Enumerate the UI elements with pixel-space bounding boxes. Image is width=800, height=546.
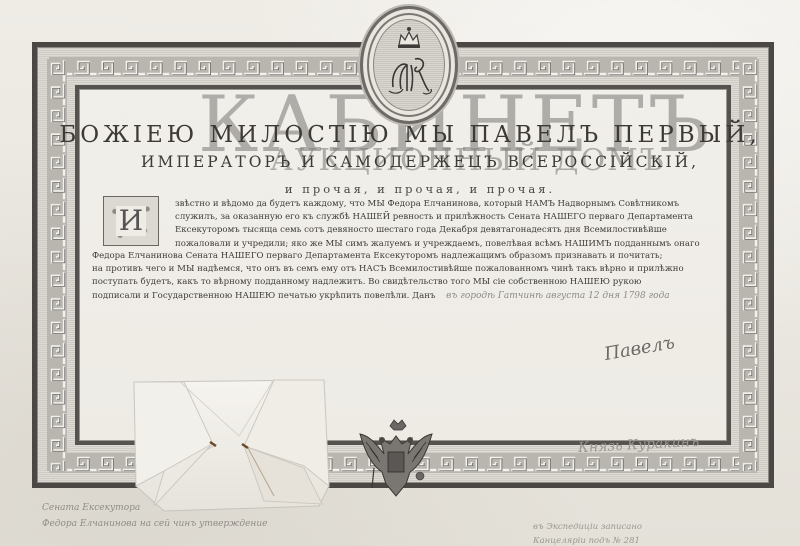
registration-note-right: въ Экспедиціи записано Канцеляріи подъ №… [533, 520, 642, 546]
heading-line-3: и прочая, и прочая, и прочая. [0, 182, 800, 196]
note-line: Канцеляріи подъ № 281 [533, 534, 642, 546]
body-line: пожаловали и учредили; яко же МЫ симъ жа… [175, 238, 700, 251]
heading-line-2: ИМПЕРАТОРЪ И САМОДЕРЖЕЦЪ ВСЕРОССІЙСКІЙ, [0, 153, 800, 171]
body-text-indented: звѣстно и вѣдомо да будетъ каждому, что … [175, 198, 700, 251]
decorated-initial: И [103, 196, 159, 246]
handwritten-date: въ городѣ Гатчинѣ августа 12 дня 1798 го… [446, 291, 669, 301]
body-line: поступать будетъ, какъ то вѣрному поддан… [92, 276, 684, 289]
body-line: Ексекуторомъ тысяща семь сотъ девяносто … [175, 224, 700, 237]
body-line: подписали и Государственною НАШЕЮ печать… [92, 290, 435, 303]
body-line: на противъ чего и МЫ надѣемся, что онъ в… [92, 263, 684, 276]
crown-monogram-icon [363, 9, 455, 121]
double-headed-eagle-icon [350, 418, 442, 506]
folded-seal-envelope [124, 376, 354, 516]
note-line: въ Экспедиціи записано [533, 520, 642, 534]
monogram-seal [360, 6, 458, 124]
body-line: служилъ, за оказанную его къ службѣ НАШЕ… [175, 211, 700, 224]
greek-key-border-right [739, 59, 759, 471]
heading-line-1: БОЖІЕЮ МИЛОСТІЮ МЫ ПАВЕЛЪ ПЕРВЫЙ, [0, 122, 800, 148]
note-line: Федора Елчанинова на сей чинъ утверждени… [42, 516, 267, 532]
greek-key-border-left [47, 59, 67, 471]
initial-letter: И [116, 206, 146, 236]
body-text-full: Федора Елчанинова Сената НАШЕГО перваго … [92, 250, 684, 303]
body-line: Федора Елчанинова Сената НАШЕГО перваго … [92, 250, 684, 263]
body-line: звѣстно и вѣдомо да будетъ каждому, что … [175, 198, 700, 211]
